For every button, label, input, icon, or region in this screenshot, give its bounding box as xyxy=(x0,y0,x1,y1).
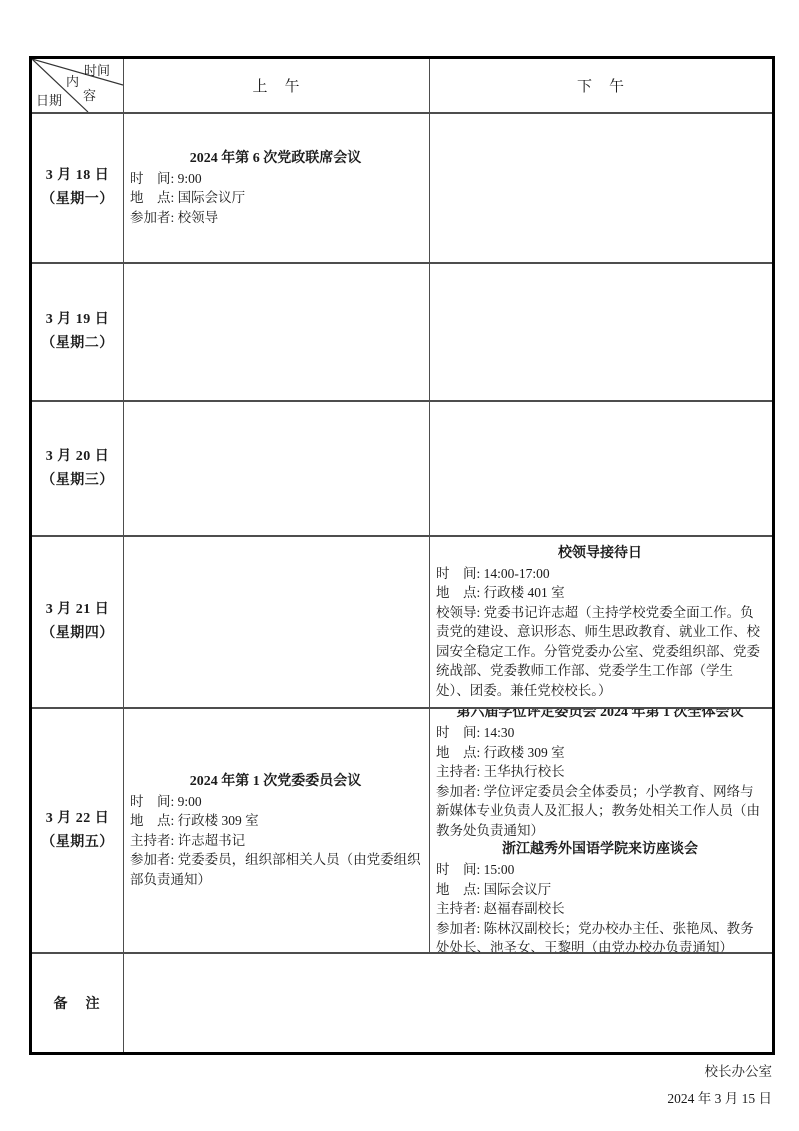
event-line-host: 主持者: 赵福春副校长 xyxy=(436,899,764,919)
table-row-mar18: 3 月 18 日 （星期一） 2024 年第 6 次党政联席会议 时 间: 9:… xyxy=(32,112,772,262)
event-title: 第六届学位评定委员会 2024 年第 1 次全体会议 xyxy=(436,709,764,723)
event-line-time: 时 间: 9:00 xyxy=(130,792,421,812)
event-title: 2024 年第 1 次党委委员会议 xyxy=(130,772,421,792)
cell-mar20-morning-empty xyxy=(123,402,429,535)
date-cell-mar21: 3 月 21 日 （星期四） xyxy=(32,537,123,707)
cell-mar21-afternoon: 校领导接待日 时 间: 14:00-17:00 地 点: 行政楼 401 室 校… xyxy=(429,537,772,707)
event-line-participants: 参加者: 校领导 xyxy=(130,208,421,228)
table-row-mar21: 3 月 21 日 （星期四） 校领导接待日 时 间: 14:00-17:00 地… xyxy=(32,535,772,707)
event: 2024 年第 6 次党政联席会议 时 间: 9:00 地 点: 国际会议厅 参… xyxy=(130,149,421,228)
corner-cell: 时间 内 容 日期 xyxy=(32,59,123,112)
table-row-mar20: 3 月 20 日 （星期三） xyxy=(32,400,772,535)
event-title: 浙江越秀外国语学院来访座谈会 xyxy=(436,840,764,860)
date-text: 3 月 19 日 xyxy=(46,308,110,332)
footer-office: 校长办公室 xyxy=(667,1058,772,1085)
weekday-text: （星期四） xyxy=(41,622,114,646)
document-page: 时间 内 容 日期 上 午 下 午 3 月 18 日 （星期一） 2024 年第… xyxy=(0,0,799,1131)
event-line-participants: 参加者: 学位评定委员会全体委员；小学教育、网络与新媒体专业负责人及汇报人；教务… xyxy=(436,782,764,841)
weekday-text: （星期三） xyxy=(41,469,114,493)
cell-mar18-morning: 2024 年第 6 次党政联席会议 时 间: 9:00 地 点: 国际会议厅 参… xyxy=(123,114,429,262)
event-degree-committee: 第六届学位评定委员会 2024 年第 1 次全体会议 时 间: 14:30 地 … xyxy=(436,709,764,840)
column-header-afternoon: 下 午 xyxy=(429,59,772,112)
corner-time-label: 时间 xyxy=(84,60,110,79)
corner-content-label-2: 容 xyxy=(83,85,96,104)
event-line-place: 地 点: 行政楼 401 室 xyxy=(436,583,764,603)
corner-date-label: 日期 xyxy=(36,90,62,109)
weekday-text: （星期二） xyxy=(41,332,114,356)
event-line-time: 时 间: 9:00 xyxy=(130,169,421,189)
date-cell-mar18: 3 月 18 日 （星期一） xyxy=(32,114,123,262)
date-text: 3 月 22 日 xyxy=(46,807,110,831)
event: 2024 年第 1 次党委委员会议 时 间: 9:00 地 点: 行政楼 309… xyxy=(130,772,421,890)
date-cell-mar19: 3 月 19 日 （星期二） xyxy=(32,264,123,400)
event-title: 校领导接待日 xyxy=(436,544,764,564)
event-line-leaders: 校领导: 党委书记许志超（主持学校党委全面工作。负责党的建设、意识形态、师生思政… xyxy=(436,603,764,701)
event-line-host: 主持者: 许志超书记 xyxy=(130,831,421,851)
event: 校领导接待日 时 间: 14:00-17:00 地 点: 行政楼 401 室 校… xyxy=(436,544,764,701)
weekday-text: （星期五） xyxy=(41,831,114,855)
event-line-participants: 参加者: 党委委员，组织部相关人员（由党委组织部负责通知） xyxy=(130,850,421,889)
cell-mar18-afternoon-empty xyxy=(429,114,772,262)
date-cell-mar20: 3 月 20 日 （星期三） xyxy=(32,402,123,535)
date-text: 3 月 20 日 xyxy=(46,445,110,469)
date-text: 3 月 21 日 xyxy=(46,598,110,622)
weekday-text: （星期一） xyxy=(41,188,114,212)
cell-mar19-morning-empty xyxy=(123,264,429,400)
cell-mar20-afternoon-empty xyxy=(429,402,772,535)
corner-content-label-1: 内 xyxy=(66,71,79,90)
date-cell-mar22: 3 月 22 日 （星期五） xyxy=(32,709,123,952)
schedule-table: 时间 内 容 日期 上 午 下 午 3 月 18 日 （星期一） 2024 年第… xyxy=(29,56,775,1055)
footer-date: 2024 年 3 月 15 日 xyxy=(667,1085,772,1112)
header-row: 时间 内 容 日期 上 午 下 午 xyxy=(32,59,772,112)
table-row-mar19: 3 月 19 日 （星期二） xyxy=(32,262,772,400)
event-line-time: 时 间: 14:00-17:00 xyxy=(436,564,764,584)
event-line-place: 地 点: 国际会议厅 xyxy=(130,188,421,208)
event-line-place: 地 点: 行政楼 309 室 xyxy=(436,743,764,763)
column-header-morning: 上 午 xyxy=(123,59,429,112)
cell-mar21-morning-empty xyxy=(123,537,429,707)
table-row-mar22: 3 月 22 日 （星期五） 2024 年第 1 次党委委员会议 时 间: 9:… xyxy=(32,707,772,952)
event-line-participants: 参加者: 陈林汉副校长；党办校办主任、张艳凤、教务处处长、池圣女、王黎明（由党办… xyxy=(436,919,764,952)
event-visit-symposium: 浙江越秀外国语学院来访座谈会 时 间: 15:00 地 点: 国际会议厅 主持者… xyxy=(436,840,764,952)
remark-label: 备 注 xyxy=(32,954,123,1052)
event-line-time: 时 间: 15:00 xyxy=(436,860,764,880)
remark-content-empty xyxy=(123,954,772,1052)
page-footer: 校长办公室 2024 年 3 月 15 日 xyxy=(667,1058,772,1112)
cell-mar22-morning: 2024 年第 1 次党委委员会议 时 间: 9:00 地 点: 行政楼 309… xyxy=(123,709,429,952)
date-text: 3 月 18 日 xyxy=(46,164,110,188)
cell-mar19-afternoon-empty xyxy=(429,264,772,400)
event-title: 2024 年第 6 次党政联席会议 xyxy=(130,149,421,169)
event-line-time: 时 间: 14:30 xyxy=(436,723,764,743)
event-line-place: 地 点: 国际会议厅 xyxy=(436,880,764,900)
remark-row: 备 注 xyxy=(32,952,772,1052)
event-line-place: 地 点: 行政楼 309 室 xyxy=(130,811,421,831)
cell-mar22-afternoon: 第六届学位评定委员会 2024 年第 1 次全体会议 时 间: 14:30 地 … xyxy=(429,709,772,952)
event-line-host: 主持者: 王华执行校长 xyxy=(436,762,764,782)
